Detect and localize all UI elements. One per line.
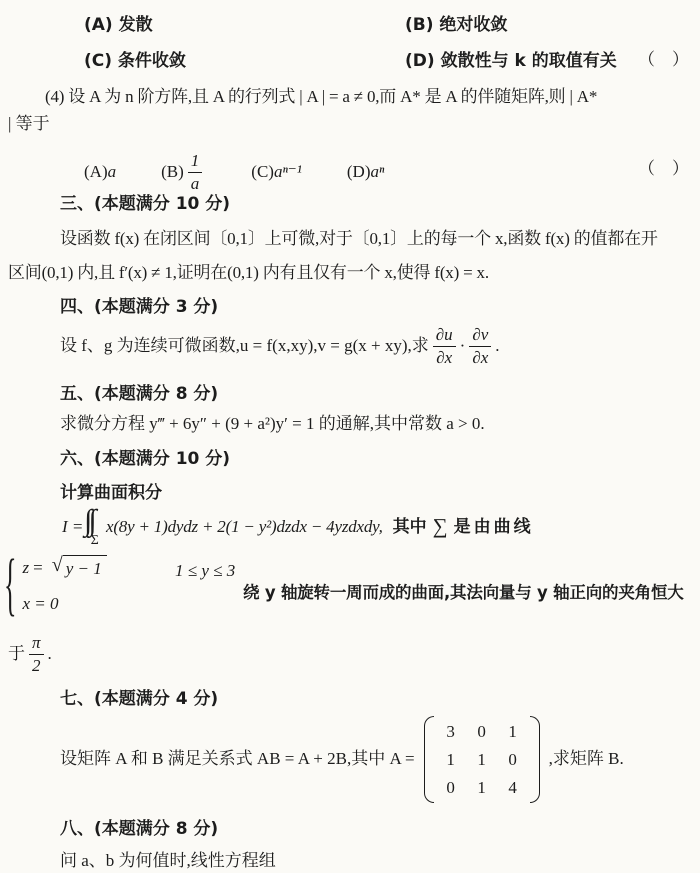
fraction-denominator: 2 (32, 655, 41, 675)
range-constraint: 1 ≤ y ≤ 3 (175, 560, 235, 582)
q4-option-a-label: (A) (84, 162, 108, 181)
section-8-line1: 问 a、b 为何值时,线性方程组 (60, 850, 276, 872)
answer-blank-2: （ ） (638, 158, 689, 180)
q4-option-c: (C)aⁿ⁻¹ (251, 161, 302, 183)
integrand-expression: x(8y + 1)dydz + 2(1 − y²)dzdx − 4yzdxdy, (106, 516, 383, 538)
q4-options-row: (A)a (B) 1 a (C)aⁿ⁻¹ (D)aⁿ (84, 152, 384, 193)
equals-sign: = (33, 557, 43, 579)
section-6-intro: 计算曲面积分 (60, 482, 162, 504)
matrix-cell: 3 (444, 723, 458, 740)
matrix-left-bracket (424, 716, 434, 803)
section-3-heading: 三、(本题满分 10 分) (60, 193, 230, 215)
multiplication-dot: · (460, 335, 466, 357)
angle-condition-pre: 于 (8, 643, 25, 665)
q4-option-b: (B) 1 a (161, 152, 206, 193)
matrix-cell: 0 (506, 751, 520, 768)
section-7-heading: 七、(本题满分 4 分) (60, 688, 218, 710)
section-4-text: 设 f、g 为连续可微函数,u = f(x,xy),v = g(x + xy),… (60, 335, 429, 357)
section-5-line1: 求微分方程 y‴ + 6y″ + (9 + a²)y′ = 1 的通解,其中常数… (60, 413, 485, 435)
section-6-heading: 六、(本题满分 10 分) (60, 448, 230, 470)
q4-option-d-value: aⁿ (371, 162, 385, 181)
partial-du-dx-fraction: ∂u ∂x (433, 326, 456, 367)
radicand: y − 1 (63, 555, 107, 580)
pi-over-2-fraction: π 2 (29, 634, 44, 675)
q4-stem-line1: (4) 设 A 为 n 阶方阵,且 A 的行列式 | A | = a ≠ 0,而… (45, 86, 597, 108)
square-root: √ y − 1 (52, 555, 107, 580)
fraction-denominator: ∂x (472, 347, 488, 367)
equation-tail-pre: 其中 (393, 516, 427, 538)
q4-option-c-value: aⁿ⁻¹ (274, 162, 302, 181)
angle-condition: 于 π 2 . (8, 634, 52, 675)
mc-option-c: (C) 条件收敛 (84, 50, 186, 72)
exam-page: (A) 发散 (B) 绝对收敛 (C) 条件收敛 (D) 敛散性与 k 的取值有… (0, 0, 700, 873)
section-5-heading: 五、(本题满分 8 分) (60, 383, 218, 405)
q4-option-a-value: a (108, 162, 117, 181)
section-4-heading: 四、(本题满分 3 分) (60, 296, 218, 318)
equation-lhs: I = (62, 516, 83, 538)
section-4-body: 设 f、g 为连续可微函数,u = f(x,xy),v = g(x + xy),… (60, 326, 500, 367)
section-7-text-pre: 设矩阵 A 和 B 满足关系式 AB = A + 2B,其中 A = (60, 748, 415, 770)
q4-option-d: (D)aⁿ (347, 161, 384, 183)
matrix-cell: 1 (444, 751, 458, 768)
q4-option-a: (A)a (84, 161, 116, 183)
radical-glyph: √ (52, 555, 63, 575)
q4-option-d-label: (D) (347, 162, 371, 181)
section-3-line1: 设函数 f(x) 在闭区间〔0,1〕上可微,对于〔0,1〕上的每一个 x,函数 … (60, 228, 658, 250)
system-equation-2: x = 0 (22, 593, 106, 615)
q4-option-b-label: (B) (161, 161, 184, 183)
fraction-numerator: π (29, 634, 44, 655)
section-3-line2: 区间(0,1) 内,且 f′(x) ≠ 1,证明在(0,1) 内有且仅有一个 x… (8, 262, 489, 284)
q4-option-b-fraction: 1 a (188, 152, 203, 193)
integral-glyph: ∫∫ (88, 506, 101, 536)
matrix-cell: 1 (506, 723, 520, 740)
sigma-symbol: ∑ (433, 513, 448, 540)
section-7-body: 设矩阵 A 和 B 满足关系式 AB = A + 2B,其中 A = 3 0 1… (60, 716, 624, 803)
answer-blank-1: （ ） (638, 49, 689, 71)
section-8-heading: 八、(本题满分 8 分) (60, 818, 218, 840)
q4-stem-line2: | 等于 (8, 113, 50, 135)
fraction-numerator: 1 (188, 152, 203, 173)
integral-subscript-sigma: Σ (91, 534, 99, 548)
matrix-cell: 4 (506, 779, 520, 796)
fraction-numerator: ∂v (469, 326, 491, 347)
matrix-cell: 0 (475, 723, 489, 740)
matrix-right-bracket (530, 716, 540, 803)
period: . (495, 335, 499, 357)
fraction-denominator: ∂x (436, 347, 452, 367)
equation-tail-post: 是由曲线 (454, 516, 534, 538)
section-7-text-post: ,求矩阵 B. (549, 748, 624, 770)
matrix-cell: 1 (475, 779, 489, 796)
mc-option-b: (B) 绝对收敛 (405, 14, 507, 36)
fraction-denominator: a (191, 173, 200, 193)
rotation-description: 绕 y 轴旋转一周而成的曲面,其法向量与 y 轴正向的夹角恒大 (243, 582, 684, 603)
matrix-cell: 0 (444, 779, 458, 796)
left-brace: { (4, 539, 16, 630)
matrix-cell: 1 (475, 751, 489, 768)
fraction-numerator: ∂u (433, 326, 456, 347)
double-integral-symbol: ∫∫ Σ (88, 506, 101, 548)
variable-z: z (22, 557, 29, 579)
q4-option-c-label: (C) (251, 162, 274, 181)
period: . (48, 643, 52, 665)
curve-system: { z = √ y − 1 x = 0 (4, 551, 107, 619)
mc-option-a: (A) 发散 (84, 14, 153, 36)
partial-dv-dx-fraction: ∂v ∂x (469, 326, 491, 367)
matrix-a: 3 0 1 1 1 0 0 1 4 (424, 716, 540, 803)
surface-integral-equation: I = ∫∫ Σ x(8y + 1)dydz + 2(1 − y²)dzdx −… (62, 506, 534, 548)
mc-option-d: (D) 敛散性与 k 的取值有关 (405, 50, 617, 72)
system-equation-1: z = √ y − 1 (22, 555, 106, 580)
matrix-cells: 3 0 1 1 1 0 0 1 4 (434, 716, 530, 803)
